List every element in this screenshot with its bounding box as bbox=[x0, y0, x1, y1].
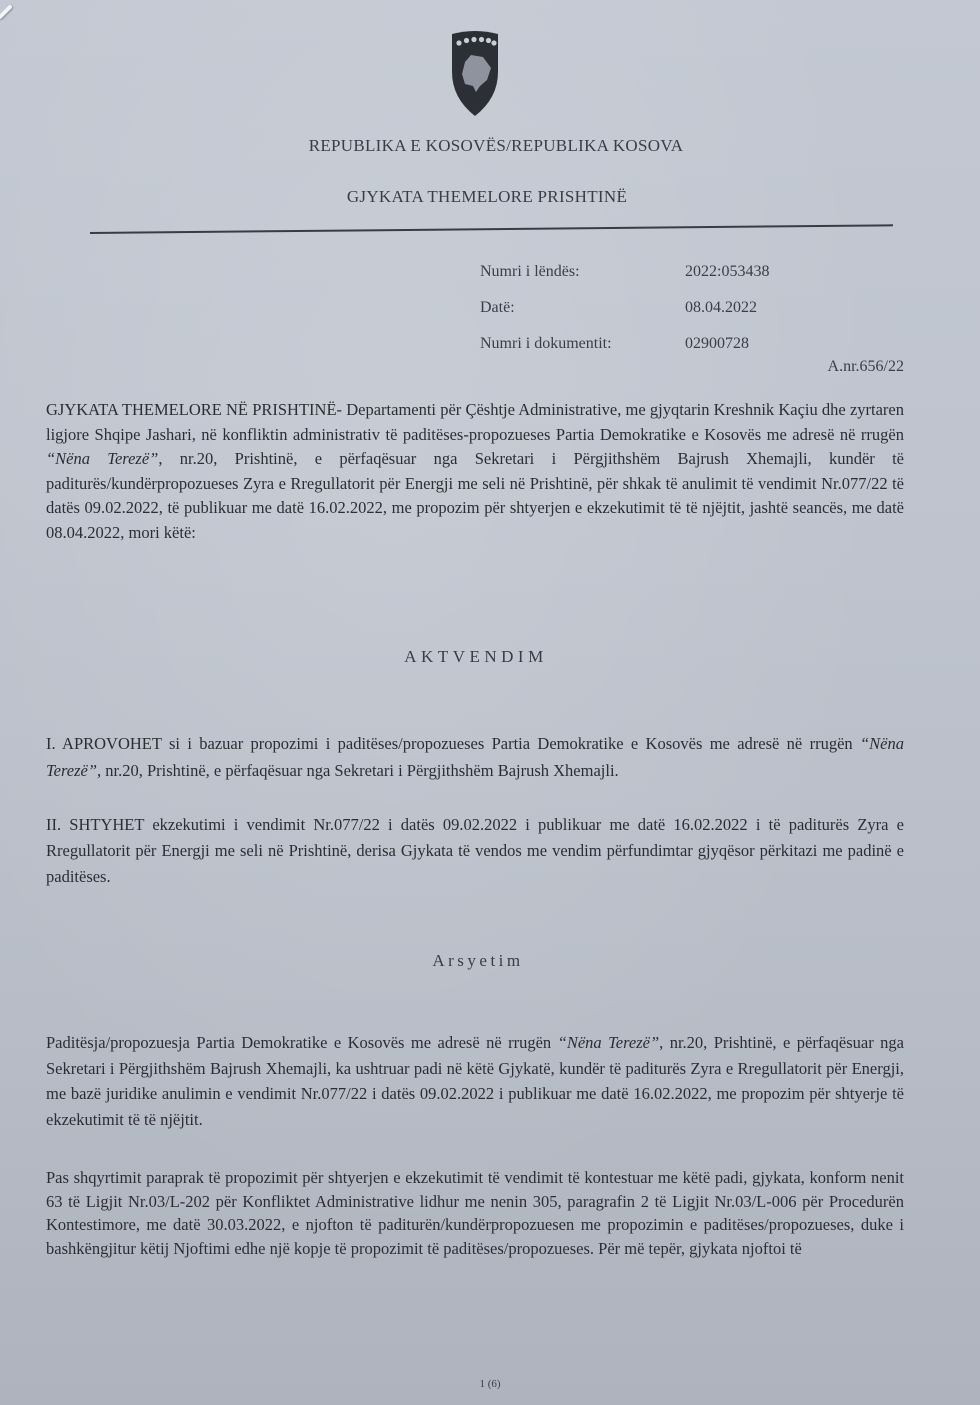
page-corner-fold bbox=[0, 4, 13, 20]
republic-header: REPUBLIKA E KOSOVËS/REPUBLIKA KOSOVA bbox=[6, 136, 980, 156]
meta-label: Numri i dokumentit: bbox=[480, 335, 685, 353]
meta-value: 08.04.2022 bbox=[685, 299, 757, 317]
decision-item-1: I. APROVOHET si i bazuar propozimi i pad… bbox=[46, 730, 904, 784]
meta-value: 2022:053438 bbox=[685, 263, 769, 281]
reasoning-title: Arsyetim bbox=[0, 951, 968, 971]
street-name: “Nëna Terezë” bbox=[558, 1033, 660, 1052]
meta-value: 02900728 bbox=[685, 335, 749, 353]
meta-label: Numri i lëndës: bbox=[480, 263, 685, 281]
court-header: GJYKATA THEMELORE PRISHTINË bbox=[0, 187, 977, 207]
document-page: REPUBLIKA E KOSOVËS/REPUBLIKA KOSOVA GJY… bbox=[0, 0, 980, 1405]
decision-item-2: II. SHTYHET ekzekutimi i vendimit Nr.077… bbox=[46, 812, 904, 890]
meta-document-number: Numri i dokumentit: 02900728 bbox=[480, 326, 769, 362]
page-number: 1 (6) bbox=[0, 1378, 980, 1390]
meta-label: Datë: bbox=[480, 299, 685, 317]
decision-title: AKTVENDIM bbox=[0, 647, 966, 667]
meta-case-number: Numri i lëndës: 2022:053438 bbox=[480, 254, 769, 290]
item-text: I. APROVOHET si i bazuar propozimi i pad… bbox=[46, 734, 860, 753]
header-divider bbox=[90, 224, 893, 234]
street-name: “Nëna Terezë” bbox=[46, 449, 158, 468]
intro-paragraph: GJYKATA THEMELORE NË PRISHTINË- Departam… bbox=[46, 398, 904, 546]
intro-text-cont: , nr.20, Prishtinë, e përfaqësuar nga Se… bbox=[46, 449, 904, 542]
intro-text: GJYKATA THEMELORE NË PRISHTINË- Departam… bbox=[46, 400, 904, 444]
item-text-cont: , nr.20, Prishtinë, e përfaqësuar nga Se… bbox=[97, 761, 619, 780]
case-metadata: Numri i lëndës: 2022:053438 Datë: 08.04.… bbox=[480, 254, 769, 362]
kosovo-coat-of-arms-icon bbox=[449, 28, 501, 118]
reasoning-paragraph-1: Paditësja/propozuesja Partia Demokratike… bbox=[46, 1030, 904, 1132]
reasoning-text: Paditësja/propozuesja Partia Demokratike… bbox=[46, 1033, 558, 1052]
reasoning-paragraph-2: Pas shqyrtimit paraprak të propozimit pë… bbox=[46, 1166, 904, 1260]
meta-date: Datë: 08.04.2022 bbox=[480, 290, 769, 326]
case-reference: A.nr.656/22 bbox=[828, 358, 904, 376]
